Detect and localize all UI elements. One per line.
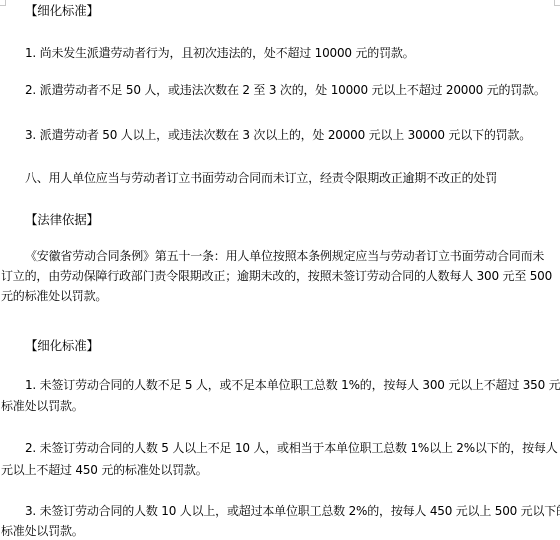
legal-basis-line-3: 元的标准处以罚款。: [1, 288, 107, 304]
legal-basis-line-2: 订立的，由劳动保障行政部门责令限期改正；逾期未改的，按照未签订劳动合同的人数每人…: [1, 268, 552, 284]
standard2-item-2-line-2: 元以上不超过 450 元的标准处以罚款。: [1, 462, 208, 478]
standard2-item-3-line-1: 3. 未签订劳动合同的人数 10 人以上，或超过本单位职工总数 2%的，按每人 …: [25, 503, 560, 519]
article-title: 八、用人单位应当与劳动者订立书面劳动合同而未订立，经责令限期改正逾期不改正的处罚: [25, 170, 497, 186]
standard2-item-2-line-1: 2. 未签订劳动合同的人数 5 人以上不足 10 人，或相当于本单位职工总数 1…: [25, 440, 560, 456]
legal-basis-line-1: 《安徽省劳动合同条例》第五十一条：用人单位按照本条例规定应当与劳动者订立书面劳动…: [25, 248, 544, 264]
standard-item-3: 3. 派遣劳动者 50 人以上，或违法次数在 3 次以上的，处 20000 元以…: [25, 127, 531, 143]
section-heading-legal-basis: 【法律依据】: [25, 212, 99, 228]
standard-item-1: 1. 尚未发生派遣劳动者行为，且初次违法的，处不超过 10000 元的罚款。: [25, 45, 414, 61]
standard-item-2: 2. 派遣劳动者不足 50 人，或违法次数在 2 至 3 次的，处 10000 …: [25, 82, 546, 98]
standard2-item-1-line-1: 1. 未签订劳动合同的人数不足 5 人，或不足本单位职工总数 1%的，按每人 3…: [25, 377, 560, 393]
section-heading-detailed-standards: 【细化标准】: [25, 3, 99, 19]
standard2-item-3-line-2: 标准处以罚款。: [1, 523, 84, 539]
section-heading-detailed-standards-2: 【细化标准】: [25, 338, 99, 354]
standard2-item-1-line-2: 标准处以罚款。: [1, 398, 84, 414]
page-corner-mark: [0, 0, 6, 6]
page-corner-mark: [554, 0, 560, 6]
